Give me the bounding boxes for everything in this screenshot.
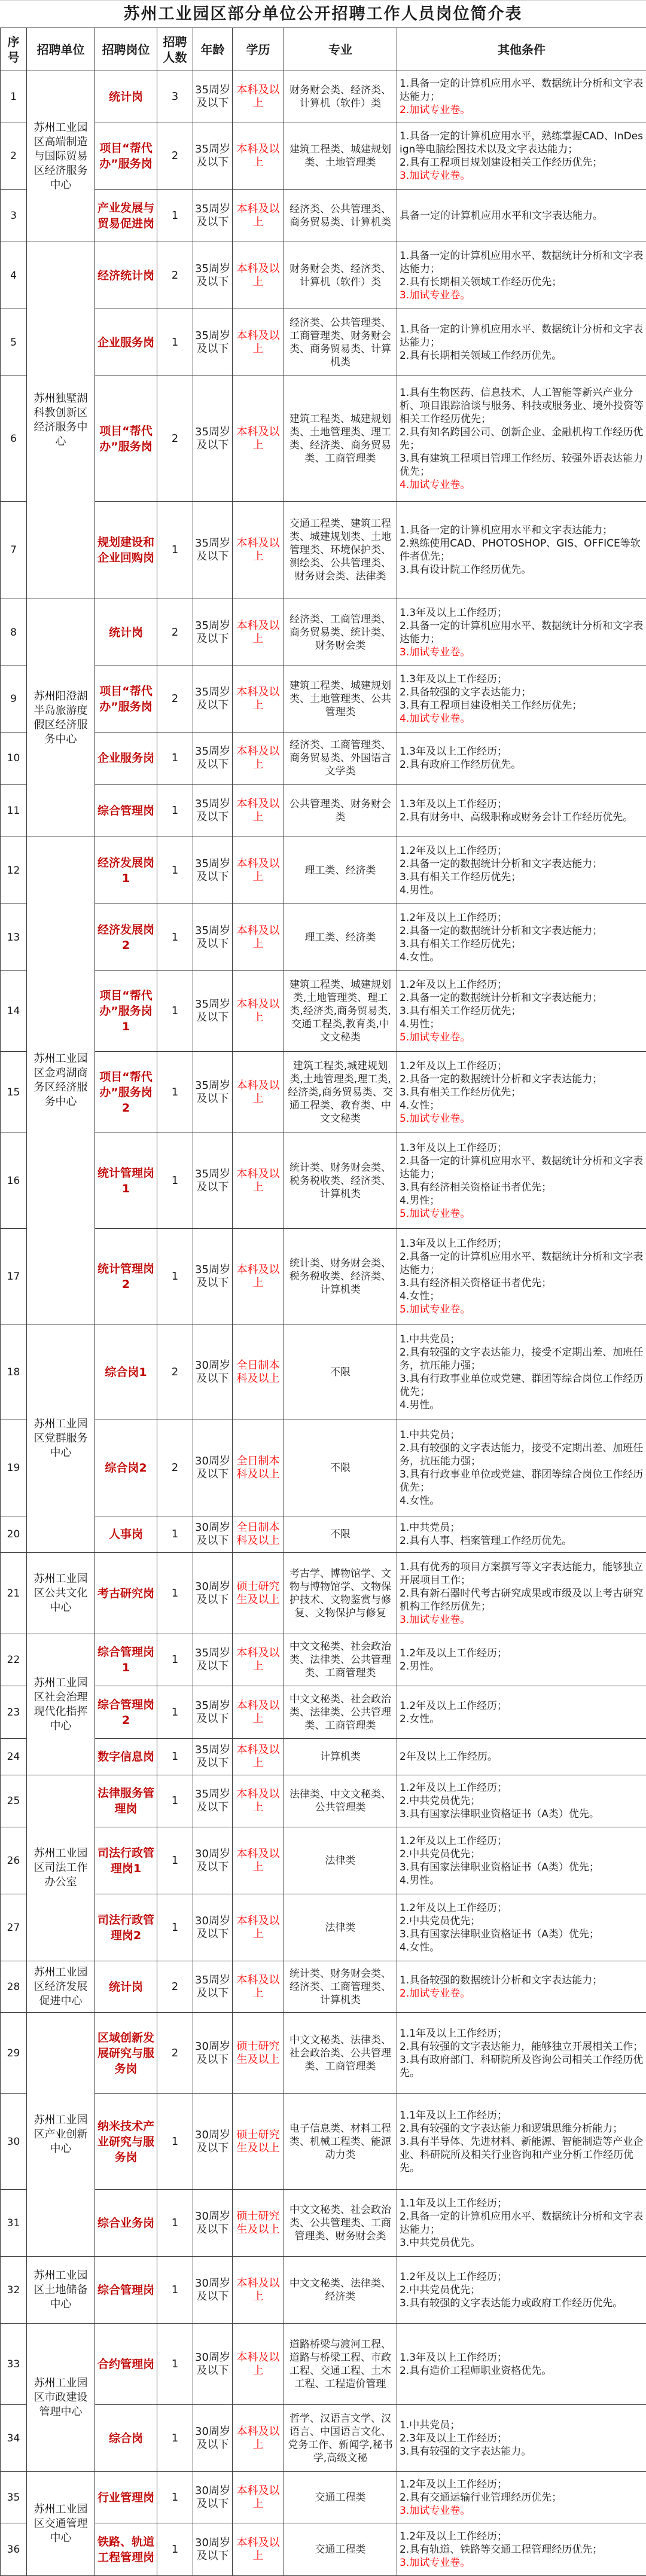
condition-line: 1.3年及以上工作经历； xyxy=(400,1142,644,1155)
position-cell: 统计岗 xyxy=(95,1961,157,2013)
major-cell: 哲学、汉语言文学、汉语言、中国语言文化、党务工作、新闻学,秘书学,高级文秘 xyxy=(284,2405,397,2472)
condition-line-exam: 2.加试专业卷。 xyxy=(400,103,644,117)
major-cell: 交通工程类 xyxy=(284,2472,397,2523)
table-row: 35苏州工业园区交通管理中心行业管理岗130周岁及以下本科及以上交通工程类1.2… xyxy=(1,2472,646,2523)
age-cell: 30周岁及以下 xyxy=(193,2013,233,2094)
unit-cell: 苏州工业园区交通管理中心 xyxy=(27,2472,95,2576)
condition-line: 1.3年及以上工作经历； xyxy=(400,745,644,758)
table-row: 22苏州工业园区社会治理现代化指挥中心综合管理岗1135周岁及以下本科及以上中文… xyxy=(1,1634,646,1686)
count-cell: 1 xyxy=(157,1516,193,1553)
table-row: 23综合管理岗2135周岁及以下本科及以上中文文秘类、社会政治类、法律类、公共管… xyxy=(1,1686,646,1739)
seq-cell: 36 xyxy=(1,2523,27,2576)
table-row: 19综合岗2230周岁及以下全日制本科及以上不限1.中共党员；2.具有较强的文字… xyxy=(1,1420,646,1516)
age-cell: 35周岁及以下 xyxy=(193,971,233,1052)
count-cell: 1 xyxy=(157,1634,193,1686)
education-cell: 本科及以上 xyxy=(233,785,284,837)
major-cell: 公共管理类、财务财会类 xyxy=(284,785,397,837)
table-row: 10企业服务岗135周岁及以下本科及以上经济类、工商管理类、商务贸易类、外国语言… xyxy=(1,732,646,785)
conditions-cell: 1.3年及以上工作经历；2.具备一定的计算机应用水平、数据统计分析和文字表达能力… xyxy=(397,599,646,666)
table-row: 2项目“帮代办”服务岗235周岁及以下本科及以上建筑工程类、城建规划类、土地管理… xyxy=(1,123,646,190)
education-cell: 本科及以上 xyxy=(233,971,284,1052)
condition-line: 2.具有较强的文字表达能力，接受不定期出差、加班任务，抗压能力强； xyxy=(400,1442,644,1468)
major-cell: 不限 xyxy=(284,1324,397,1420)
table-row: 18苏州工业园区党群服务中心综合岗1230周岁及以下全日制本科及以上不限1.中共… xyxy=(1,1324,646,1420)
condition-line: 2.中共党员优先； xyxy=(400,1915,644,1928)
conditions-cell: 1.中共党员；2.具有较强的文字表达能力，接受不定期出差、加班任务，抗压能力强；… xyxy=(397,1420,646,1516)
condition-line: 1.具有生物医药、信息技术、人工智能等新兴产业分析、项目跟踪洽谈与服务、科技或服… xyxy=(400,386,644,426)
age-cell: 30周岁及以下 xyxy=(193,2190,233,2257)
condition-line-exam: 2.加试专业卷。 xyxy=(400,1987,644,2000)
seq-cell: 5 xyxy=(1,309,27,376)
position-cell: 合约管理岗 xyxy=(95,2324,157,2405)
condition-line: 3.具有相关工作经历优先； xyxy=(400,871,644,884)
conditions-cell: 1.1年及以上工作经历；2.具有较强的文字表达能力和逻辑思维分析能力；3.具有半… xyxy=(397,2094,646,2190)
major-cell: 不限 xyxy=(284,1516,397,1553)
conditions-cell: 1.3年及以上工作经历；2.具有财务中、高级职称或财务会计工作经历优先。 xyxy=(397,785,646,837)
condition-line: 4.女性。 xyxy=(400,1494,644,1507)
seq-cell: 30 xyxy=(1,2094,27,2190)
major-cell: 法律类、中文文秘类、公共管理类 xyxy=(284,1775,397,1827)
table-row: 15项目“帮代办”服务岗2135周岁及以下本科及以上建筑工程类,城建规划类,土地… xyxy=(1,1052,646,1133)
education-cell: 本科及以上 xyxy=(233,309,284,376)
table-row: 30纳米技术产业研究与服务岗130周岁及以下硕士研究生及以上电子信息类、材料工程… xyxy=(1,2094,646,2190)
position-cell: 综合管理岗1 xyxy=(95,1634,157,1686)
table-row: 36铁路、轨道工程管理岗130周岁及以下本科及以上交通工程类1.2年及以上工作经… xyxy=(1,2523,646,2576)
count-cell: 2 xyxy=(157,599,193,666)
age-cell: 35周岁及以下 xyxy=(193,376,233,502)
table-row: 29苏州工业园区产业创新中心区域创新发展研究与服务岗230周岁及以下硕士研究生及… xyxy=(1,2013,646,2094)
position-cell: 数字信息岗 xyxy=(95,1739,157,1775)
header-unit: 招聘单位 xyxy=(27,28,95,71)
condition-line: 2.具备一定的计算机应用水平、数据统计分析和文字表达能力； xyxy=(400,1155,644,1181)
seq-cell: 28 xyxy=(1,1961,27,2013)
age-cell: 30周岁及以下 xyxy=(193,2472,233,2523)
table-row: 31综合业务岗130周岁及以下硕士研究生及以上中文文秘类、社会政治类、公共管理类… xyxy=(1,2190,646,2257)
major-cell: 中文文秘类、社会政治类、法律类、公共管理类、工商管理类 xyxy=(284,1686,397,1739)
count-cell: 1 xyxy=(157,837,193,904)
job-table-page: 苏州工业园区部分单位公开招聘工作人员岗位简介表 序号 招聘单位 招聘岗位 招聘人… xyxy=(0,0,646,2576)
unit-cell: 苏州阳澄湖半岛旅游度假区经济服务中心 xyxy=(27,599,95,837)
position-cell: 统计管理岗1 xyxy=(95,1133,157,1229)
seq-cell: 10 xyxy=(1,732,27,785)
conditions-cell: 1.2年及以上工作经历；2.具有轨道、铁路等交通工程管理经历优先；3.加试专业卷… xyxy=(397,2523,646,2576)
seq-cell: 15 xyxy=(1,1052,27,1133)
table-row: 14项目“帮代办”服务岗1135周岁及以下本科及以上建筑工程类、城建规划类,土地… xyxy=(1,971,646,1052)
seq-cell: 9 xyxy=(1,666,27,732)
education-cell: 本科及以上 xyxy=(233,1133,284,1229)
position-cell: 统计岗 xyxy=(95,599,157,666)
condition-line: 1.2年及以上工作经历； xyxy=(400,844,644,857)
age-cell: 30周岁及以下 xyxy=(193,1516,233,1553)
condition-line: 2.具有较强的文字表达能力，接受不定期出差、加班任务，抗压能力强； xyxy=(400,1346,644,1372)
position-cell: 统计管理岗2 xyxy=(95,1229,157,1324)
major-cell: 法律类 xyxy=(284,1827,397,1894)
table-row: 8苏州阳澄湖半岛旅游度假区经济服务中心统计岗235周岁及以下本科及以上经济类、工… xyxy=(1,599,646,666)
conditions-cell: 1.2年及以上工作经历；2.中共党员优先；3.具有国家法律职业资格证书（A类）优… xyxy=(397,1775,646,1827)
seq-cell: 7 xyxy=(1,502,27,599)
condition-line: 2.熟练使用CAD、PHOTOSHOP、GIS、OFFICE等软件者优先； xyxy=(400,537,644,563)
position-cell: 经济发展岗1 xyxy=(95,837,157,904)
condition-line-exam: 3.加试专业卷。 xyxy=(400,2556,644,2569)
count-cell: 1 xyxy=(157,2523,193,2576)
count-cell: 1 xyxy=(157,2472,193,2523)
condition-line: 2.具备一定的数据统计分析和文字表达能力； xyxy=(400,857,644,871)
major-cell: 统计类、财务财会类、税务税收类、经济类、计算机类 xyxy=(284,1133,397,1229)
table-row: 13经济发展岗2135周岁及以下本科及以上理工类、经济类1.2年及以上工作经历；… xyxy=(1,904,646,971)
major-cell: 经济类、公共管理类、商务贸易类、计算机类 xyxy=(284,190,397,242)
condition-line-exam: 5.加试专业卷。 xyxy=(400,1303,644,1316)
position-cell: 项目“帮代办”服务岗 xyxy=(95,123,157,190)
condition-line: 1.具有优秀的项目方案撰写等文字表达能力，能够独立开展项目工作； xyxy=(400,1561,644,1587)
unit-cell: 苏州工业园区市政建设管理中心 xyxy=(27,2324,95,2472)
seq-cell: 12 xyxy=(1,837,27,904)
condition-line: 3.具有行政事业单位或党建、群团等综合岗位工作经历优先； xyxy=(400,1372,644,1399)
condition-line: 2.具有交通运输行业管理经历优先； xyxy=(400,2491,644,2504)
major-cell: 经济类、工商管理类、商务贸易类、外国语言文学类 xyxy=(284,732,397,785)
count-cell: 1 xyxy=(157,2257,193,2324)
condition-line-exam: 3.加试专业卷。 xyxy=(400,646,644,659)
condition-line: 1.2年及以上工作经历； xyxy=(400,2530,644,2543)
position-cell: 综合管理岗 xyxy=(95,2257,157,2324)
age-cell: 35周岁及以下 xyxy=(193,1634,233,1686)
major-cell: 计算机类 xyxy=(284,1739,397,1775)
education-cell: 硕士研究生及以上 xyxy=(233,2013,284,2094)
conditions-cell: 1.2年及以上工作经历；2.中共党员优先；3.具有国家法律职业资格证书（A类）优… xyxy=(397,1827,646,1894)
condition-line: 1.具备一定的计算机应用水平、数据统计分析和文字表达能力； xyxy=(400,249,644,276)
unit-cell: 苏州工业园区金鸡湖商务区经济服务中心 xyxy=(27,837,95,1324)
age-cell: 35周岁及以下 xyxy=(193,1052,233,1133)
education-cell: 本科及以上 xyxy=(233,2472,284,2523)
unit-cell: 苏州工业园区产业创新中心 xyxy=(27,2013,95,2257)
table-body: 1苏州工业园区高端制造与国际贸易区经济服务中心统计岗335周岁及以下本科及以上财… xyxy=(1,71,646,2576)
seq-cell: 17 xyxy=(1,1229,27,1324)
education-cell: 本科及以上 xyxy=(233,71,284,123)
major-cell: 建筑工程类、城建规划类,土地管理类、理工类,经济类,商务贸易类,交通工程类,教育… xyxy=(284,971,397,1052)
position-cell: 综合管理岗 xyxy=(95,785,157,837)
conditions-cell: 1.具备一定的计算机应用水平、数据统计分析和文字表达能力；2.加试专业卷。 xyxy=(397,71,646,123)
education-cell: 本科及以上 xyxy=(233,190,284,242)
condition-line: 1.中共党员； xyxy=(400,1521,644,1534)
table-row: 17统计管理岗2135周岁及以下本科及以上统计类、财务财会类、税务税收类、经济类… xyxy=(1,1229,646,1324)
education-cell: 全日制本科及以上 xyxy=(233,1324,284,1420)
conditions-cell: 1.具有优秀的项目方案撰写等文字表达能力，能够独立开展项目工作；2.具有新石器时… xyxy=(397,1553,646,1634)
conditions-cell: 1.具备较强的数据统计分析和文字表达能力；2.加试专业卷。 xyxy=(397,1961,646,2013)
seq-cell: 33 xyxy=(1,2324,27,2405)
seq-cell: 4 xyxy=(1,242,27,309)
seq-cell: 3 xyxy=(1,190,27,242)
education-cell: 本科及以上 xyxy=(233,2324,284,2405)
conditions-cell: 具备一定的计算机应用水平和文字表达能力。 xyxy=(397,190,646,242)
condition-line: 1.具备一定的计算机应用水平、数据统计分析和文字表达能力； xyxy=(400,77,644,103)
table-row: 28苏州工业园区经济发展促进中心统计岗235周岁及以下本科及以上统计类、财务财会… xyxy=(1,1961,646,2013)
header-conditions: 其他条件 xyxy=(397,28,646,71)
position-cell: 规划建设和企业回购岗 xyxy=(95,502,157,599)
table-row: 34综合岗130周岁及以下本科及以上哲学、汉语言文学、汉语言、中国语言文化、党务… xyxy=(1,2405,646,2472)
condition-line: 2.具备较强的文字表达能力； xyxy=(400,686,644,699)
seq-cell: 27 xyxy=(1,1894,27,1961)
condition-line: 1.3年及以上工作经历； xyxy=(400,2351,644,2364)
condition-line: 2.中共党员优先； xyxy=(400,1848,644,1861)
condition-line: 3.具有政府部门、科研院所及咨询公司相关工作经历优先。 xyxy=(400,2053,644,2080)
position-cell: 人事岗 xyxy=(95,1516,157,1553)
header-age: 年龄 xyxy=(193,28,233,71)
table-row: 4苏州独墅湖科教创新区经济服务中心经济统计岗235周岁及以下本科及以上财务财会类… xyxy=(1,242,646,309)
conditions-cell: 1.具备一定的计算机应用水平，熟练掌握CAD、InDesign等电脑绘图技术以及… xyxy=(397,123,646,190)
condition-line: 3.具有相关工作经历优先； xyxy=(400,1005,644,1018)
education-cell: 硕士研究生及以上 xyxy=(233,2190,284,2257)
conditions-cell: 1.具备一定的计算机应用水平、数据统计分析和文字表达能力；2.具有长期相关领域工… xyxy=(397,242,646,309)
major-cell: 经济类、工商管理类、商务贸易类、统计类、财务财会类 xyxy=(284,599,397,666)
position-cell: 综合岗1 xyxy=(95,1324,157,1420)
seq-cell: 16 xyxy=(1,1133,27,1229)
condition-line: 1.2年及以上工作经历； xyxy=(400,2478,644,2491)
age-cell: 35周岁及以下 xyxy=(193,732,233,785)
condition-line: 4.男性。 xyxy=(400,1399,644,1412)
condition-line: 2.具有知名跨国公司、创新企业、金融机构工作经历优先； xyxy=(400,426,644,452)
major-cell: 统计类、财务财会类、经济类、工商管理类、计算机类 xyxy=(284,1961,397,2013)
condition-line: 4.女性。 xyxy=(400,951,644,964)
age-cell: 35周岁及以下 xyxy=(193,1739,233,1775)
age-cell: 35周岁及以下 xyxy=(193,666,233,732)
position-cell: 项目“帮代办”服务岗1 xyxy=(95,971,157,1052)
position-cell: 区域创新发展研究与服务岗 xyxy=(95,2013,157,2094)
condition-line: 2.具有长期相关领域工作经历优先。 xyxy=(400,349,644,362)
seq-cell: 26 xyxy=(1,1827,27,1894)
conditions-cell: 2年及以上工作经历。 xyxy=(397,1739,646,1775)
condition-line: 4.男性。 xyxy=(400,1874,644,1887)
count-cell: 2 xyxy=(157,242,193,309)
condition-line: 2.具有政府工作经历优先。 xyxy=(400,758,644,771)
major-cell: 财务财会类、经济类、计算机（软件）类 xyxy=(284,71,397,123)
count-cell: 1 xyxy=(157,785,193,837)
condition-line: 1.2年及以上工作经历； xyxy=(400,1060,644,1073)
condition-line: 1.2年及以上工作经历； xyxy=(400,1902,644,1915)
age-cell: 35周岁及以下 xyxy=(193,1775,233,1827)
conditions-cell: 1.3年及以上工作经历；2.具备一定的计算机应用水平、数据统计分析和文字表达能力… xyxy=(397,1133,646,1229)
count-cell: 1 xyxy=(157,1775,193,1827)
position-cell: 经济发展岗2 xyxy=(95,904,157,971)
education-cell: 本科及以上 xyxy=(233,1229,284,1324)
position-cell: 综合岗 xyxy=(95,2405,157,2472)
age-cell: 35周岁及以下 xyxy=(193,1133,233,1229)
conditions-cell: 1.2年及以上工作经历；2.具备一定的数据统计分析和文字表达能力；3.具有相关工… xyxy=(397,1052,646,1133)
major-cell: 理工类、经济类 xyxy=(284,904,397,971)
major-cell: 交通工程类 xyxy=(284,2523,397,2576)
conditions-cell: 1.1年及以上工作经历；2.具有较强的文字表达能力，能够独立开展相关工作；3.具… xyxy=(397,2013,646,2094)
count-cell: 1 xyxy=(157,1052,193,1133)
count-cell: 1 xyxy=(157,2190,193,2257)
count-cell: 2 xyxy=(157,1961,193,2013)
conditions-cell: 1.中共党员；2.具有人事、档案管理工作经历优先。 xyxy=(397,1516,646,1553)
age-cell: 30周岁及以下 xyxy=(193,1553,233,1634)
conditions-cell: 1.2年及以上工作经历；2.女性。 xyxy=(397,1686,646,1739)
condition-line-exam: 4.加试专业卷。 xyxy=(400,712,644,725)
age-cell: 30周岁及以下 xyxy=(193,2523,233,2576)
condition-line-exam: 5.加试专业卷。 xyxy=(400,1031,644,1044)
condition-line: 1.2年及以上工作经历； xyxy=(400,978,644,991)
condition-line: 2.具备一定的计算机应用水平、数据统计分析和文字表达能力； xyxy=(400,2210,644,2236)
unit-cell: 苏州工业园区经济发展促进中心 xyxy=(27,1961,95,2013)
table-row: 21苏州工业园区公共文化中心考古研究岗130周岁及以下硕士研究生及以上考古学、博… xyxy=(1,1553,646,1634)
condition-line: 2.具有新石器时代考古研究成果或市级及以上考古研究机构工作经历优先； xyxy=(400,1587,644,1613)
unit-cell: 苏州工业园区高端制造与国际贸易区经济服务中心 xyxy=(27,71,95,242)
condition-line-exam: 3.加试专业卷。 xyxy=(400,2504,644,2517)
education-cell: 本科及以上 xyxy=(233,1686,284,1739)
condition-line: 2.具备一定的计算机应用水平、数据统计分析和文字表达能力； xyxy=(400,619,644,646)
major-cell: 建筑工程类,城建规划类,土地管理类,理工类,经济类,商务贸易类、交通工程类、教育… xyxy=(284,1052,397,1133)
count-cell: 2 xyxy=(157,376,193,502)
condition-line: 1.具备较强的数据统计分析和文字表达能力； xyxy=(400,1974,644,1987)
age-cell: 35周岁及以下 xyxy=(193,242,233,309)
condition-line: 1.中共党员； xyxy=(400,1333,644,1346)
job-table: 序号 招聘单位 招聘岗位 招聘人数 年龄 学历 专业 其他条件 1苏州工业园区高… xyxy=(0,28,646,2576)
education-cell: 全日制本科及以上 xyxy=(233,1420,284,1516)
count-cell: 1 xyxy=(157,190,193,242)
major-cell: 建筑工程类、城建规划类、土地管理类、理工类、经济类、商务贸易类、工商管理类 xyxy=(284,376,397,502)
unit-cell: 苏州独墅湖科教创新区经济服务中心 xyxy=(27,242,95,599)
condition-line: 3.具有较强的文字表达能力。 xyxy=(400,2445,644,2458)
condition-line: 2.具有长期相关领域工作经历优先； xyxy=(400,276,644,289)
table-row: 7规划建设和企业回购岗135周岁及以下本科及以上交通工程类、建筑工程类、城建规划… xyxy=(1,502,646,599)
condition-line: 2.具有财务中、高级职称或财务会计工作经历优先。 xyxy=(400,811,644,824)
count-cell: 1 xyxy=(157,502,193,599)
condition-line-exam: 3.加试专业卷。 xyxy=(400,169,644,182)
count-cell: 1 xyxy=(157,1739,193,1775)
unit-cell: 苏州工业园区党群服务中心 xyxy=(27,1324,95,1553)
unit-cell: 苏州工业园区社会治理现代化指挥中心 xyxy=(27,1634,95,1775)
seq-cell: 13 xyxy=(1,904,27,971)
age-cell: 30周岁及以下 xyxy=(193,2257,233,2324)
major-cell: 中文文秘类、法律类、社会政治类、公共管理类、工商管理类 xyxy=(284,2013,397,2094)
conditions-cell: 1.2年及以上工作经历；2.男性。 xyxy=(397,1634,646,1686)
header-count: 招聘人数 xyxy=(157,28,193,71)
age-cell: 35周岁及以下 xyxy=(193,599,233,666)
seq-cell: 35 xyxy=(1,2472,27,2523)
major-cell: 经济类、公共管理类、工商管理类、财务财会类、商务贸易类、计算机类 xyxy=(284,309,397,376)
age-cell: 35周岁及以下 xyxy=(193,1686,233,1739)
age-cell: 35周岁及以下 xyxy=(193,1229,233,1324)
major-cell: 建筑工程类、城建规划类、土地管理类、公共管理类 xyxy=(284,666,397,732)
education-cell: 硕士研究生及以上 xyxy=(233,2094,284,2190)
education-cell: 本科及以上 xyxy=(233,1961,284,2013)
condition-line: 4.男性； xyxy=(400,1194,644,1207)
seq-cell: 25 xyxy=(1,1775,27,1827)
conditions-cell: 1.具备一定的计算机应用水平、数据统计分析和文字表达能力；2.具有长期相关领域工… xyxy=(397,309,646,376)
position-cell: 综合业务岗 xyxy=(95,2190,157,2257)
condition-line: 3.具有行政事业单位或党建、群团等综合岗位工作经历优先； xyxy=(400,1468,644,1494)
seq-cell: 6 xyxy=(1,376,27,502)
condition-line: 3.具有国家法律职业资格证书（A类）优先； xyxy=(400,1928,644,1941)
education-cell: 本科及以上 xyxy=(233,376,284,502)
condition-line: 4.女性； xyxy=(400,1099,644,1112)
table-row: 32苏州工业园区土地储备中心综合管理岗130周岁及以下本科及以上中文文秘类、法律… xyxy=(1,2257,646,2324)
condition-line: 1.1年及以上工作经历； xyxy=(400,2197,644,2210)
position-cell: 纳米技术产业研究与服务岗 xyxy=(95,2094,157,2190)
condition-line: 1.3年及以上工作经历； xyxy=(400,1237,644,1250)
position-cell: 项目“帮代办”服务岗 xyxy=(95,376,157,502)
position-cell: 铁路、轨道工程管理岗 xyxy=(95,2523,157,2576)
age-cell: 35周岁及以下 xyxy=(193,71,233,123)
conditions-cell: 1.具备一定的计算机应用水平和文字表达能力；2.熟练使用CAD、PHOTOSHO… xyxy=(397,502,646,599)
education-cell: 本科及以上 xyxy=(233,1894,284,1961)
position-cell: 产业发展与贸易促进岗 xyxy=(95,190,157,242)
condition-line: 1.2年及以上工作经历； xyxy=(400,2270,644,2284)
major-cell: 考古学、博物馆学、文物与博物馆学、文物保护技术、文物鉴赏与修复、文物保护与修复 xyxy=(284,1553,397,1634)
table-row: 11综合管理岗135周岁及以下本科及以上公共管理类、财务财会类1.3年及以上工作… xyxy=(1,785,646,837)
conditions-cell: 1.3年及以上工作经历；2.具有政府工作经历优先。 xyxy=(397,732,646,785)
count-cell: 1 xyxy=(157,1827,193,1894)
condition-line: 2.3年及以上工作经历； xyxy=(400,2432,644,2445)
major-cell: 建筑工程类、城建规划类、土地管理类 xyxy=(284,123,397,190)
education-cell: 本科及以上 xyxy=(233,599,284,666)
seq-cell: 29 xyxy=(1,2013,27,2094)
conditions-cell: 1.1年及以上工作经历；2.具备一定的计算机应用水平、数据统计分析和文字表达能力… xyxy=(397,2190,646,2257)
table-row: 33苏州工业园区市政建设管理中心合约管理岗130周岁及以下本科及以上道路桥梁与渡… xyxy=(1,2324,646,2405)
condition-line: 2.具备一定的数据统计分析和文字表达能力； xyxy=(400,991,644,1005)
position-cell: 项目“帮代办”服务岗 xyxy=(95,666,157,732)
condition-line: 2.具有较强的文字表达能力和逻辑思维分析能力； xyxy=(400,2122,644,2135)
seq-cell: 31 xyxy=(1,2190,27,2257)
major-cell: 法律类 xyxy=(284,1894,397,1961)
age-cell: 30周岁及以下 xyxy=(193,1420,233,1516)
age-cell: 35周岁及以下 xyxy=(193,837,233,904)
position-cell: 综合管理岗2 xyxy=(95,1686,157,1739)
condition-line-exam: 5.加试专业卷。 xyxy=(400,1207,644,1220)
header-major: 专业 xyxy=(284,28,397,71)
seq-cell: 34 xyxy=(1,2405,27,2472)
table-row: 3产业发展与贸易促进岗135周岁及以下本科及以上经济类、公共管理类、商务贸易类、… xyxy=(1,190,646,242)
major-cell: 统计类、财务财会类、税务税收类、经济类、计算机类 xyxy=(284,1229,397,1324)
education-cell: 本科及以上 xyxy=(233,123,284,190)
table-row: 1苏州工业园区高端制造与国际贸易区经济服务中心统计岗335周岁及以下本科及以上财… xyxy=(1,71,646,123)
count-cell: 1 xyxy=(157,971,193,1052)
condition-line: 2.具有轨道、铁路等交通工程管理经历优先； xyxy=(400,2543,644,2556)
condition-line: 1.具备一定的计算机应用水平和文字表达能力； xyxy=(400,524,644,537)
condition-line: 3.具有相关工作经历优先； xyxy=(400,1086,644,1099)
table-row: 25苏州工业园区司法工作办公室法律服务管理岗135周岁及以下本科及以上法律类、中… xyxy=(1,1775,646,1827)
condition-line: 3.具有较强的文字表达能力或政府工作经历优先。 xyxy=(400,2297,644,2310)
age-cell: 35周岁及以下 xyxy=(193,904,233,971)
education-cell: 本科及以上 xyxy=(233,1827,284,1894)
count-cell: 1 xyxy=(157,309,193,376)
count-cell: 1 xyxy=(157,732,193,785)
major-cell: 理工类、经济类 xyxy=(284,837,397,904)
condition-line: 3.具有建筑工程项目管理工作经历、较强外语表达能力优先； xyxy=(400,452,644,478)
condition-line-exam: 3.加试专业卷。 xyxy=(400,1613,644,1626)
conditions-cell: 1.2年及以上工作经历；2.具备一定的数据统计分析和文字表达能力；3.具有相关工… xyxy=(397,971,646,1052)
table-row: 9项目“帮代办”服务岗235周岁及以下本科及以上建筑工程类、城建规划类、土地管理… xyxy=(1,666,646,732)
education-cell: 本科及以上 xyxy=(233,2257,284,2324)
count-cell: 1 xyxy=(157,1229,193,1324)
position-cell: 司法行政管理岗2 xyxy=(95,1894,157,1961)
position-cell: 司法行政管理岗1 xyxy=(95,1827,157,1894)
conditions-cell: 1.3年及以上工作经历；2.具备一定的计算机应用水平、数据统计分析和文字表达能力… xyxy=(397,1229,646,1324)
condition-line: 1.2年及以上工作经历； xyxy=(400,1835,644,1848)
condition-line: 1.中共党员； xyxy=(400,1429,644,1442)
condition-line: 1.1年及以上工作经历； xyxy=(400,2027,644,2040)
conditions-cell: 1.中共党员；2.3年及以上工作经历；3.具有较强的文字表达能力。 xyxy=(397,2405,646,2472)
major-cell: 财务财会类、经济类、计算机（软件）类 xyxy=(284,242,397,309)
condition-line: 2.具有工程项目规划建设相关工作经历优先； xyxy=(400,156,644,169)
major-cell: 不限 xyxy=(284,1420,397,1516)
condition-line: 3.具有经济相关资格证书者优先； xyxy=(400,1181,644,1194)
count-cell: 2 xyxy=(157,2013,193,2094)
education-cell: 本科及以上 xyxy=(233,1634,284,1686)
condition-line: 1.具备一定的计算机应用水平、数据统计分析和文字表达能力； xyxy=(400,323,644,349)
condition-line: 1.3年及以上工作经历； xyxy=(400,673,644,686)
education-cell: 全日制本科及以上 xyxy=(233,1516,284,1553)
condition-line: 3.具有国家法律职业资格证书（A类）优先。 xyxy=(400,1808,644,1821)
